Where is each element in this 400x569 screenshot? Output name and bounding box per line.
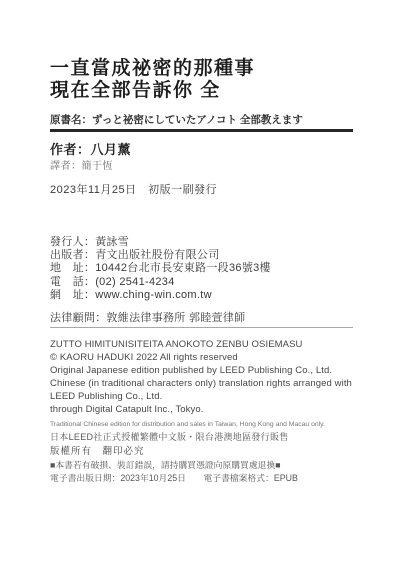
divider-thick xyxy=(50,129,353,132)
copyright-original-edition-line: Original Japanese edition published by L… xyxy=(50,364,362,377)
phone-line: 電 話：(02) 2541-4234 xyxy=(50,276,362,289)
book-title-line2: 現在全部告訴你 全 xyxy=(50,80,362,102)
book-title: 一直當成祕密的那種事 現在全部告訴你 全 xyxy=(50,58,362,102)
distribution-notice-en: Traditional Chinese edition for distribu… xyxy=(50,421,362,428)
edition-date-line: 2023年11月25日 初版一刷發行 xyxy=(50,181,362,197)
copyright-holder-line: © KAORU HADUKI 2022 All rights reserved xyxy=(50,351,362,364)
copyright-block: ZUTTO HIMITUNISITEITA ANOKOTO ZENBU OSIE… xyxy=(50,338,362,416)
divider-thin xyxy=(50,327,353,328)
translator-line: 譯者：簡于恆 xyxy=(50,157,362,172)
book-title-line1: 一直當成祕密的那種事 xyxy=(50,58,362,80)
copyright-publisher-line: LEED Publishing Co., Ltd. xyxy=(50,390,362,403)
original-japanese-title: 原書名：ずっと祕密にしていたアノコト 全部教えます xyxy=(50,112,362,127)
copyright-romaji-title: ZUTTO HIMITUNISITEITA ANOKOTO ZENBU OSIE… xyxy=(50,338,362,351)
legal-advisor-line: 法律顧問：敦維法律事務所 郭睦萱律師 xyxy=(50,309,362,325)
rights-reserved-line: 版權所有 翻印必究 xyxy=(50,443,362,457)
issuer-line: 發行人：黃詠雪 xyxy=(50,236,362,249)
address-line: 地 址：10442台北市長安東路一段36號3樓 xyxy=(50,262,362,275)
publisher-info: 發行人：黃詠雪 出版者：青文出版社股份有限公司 地 址：10442台北市長安東路… xyxy=(50,236,362,302)
colophon-page: 一直當成祕密的那種事 現在全部告訴你 全 原書名：ずっと祕密にしていたアノコト … xyxy=(0,0,400,569)
author-line: 作者：八月薰 xyxy=(50,139,362,158)
ebook-publication-line: 電子書出版日期：2023年10月25日 電子書檔案格式：EPUB xyxy=(50,471,362,484)
website-line: 網 址：www.ching-win.com.tw xyxy=(50,289,362,302)
publisher-line: 出版者：青文出版社股份有限公司 xyxy=(50,249,362,262)
copyright-translation-rights-line: Chinese (in traditional characters only)… xyxy=(50,377,362,390)
damage-exchange-notice: ■本書若有破損、裝訂錯誤，請持購買憑證向原購買處退換■ xyxy=(50,458,362,471)
distribution-notice-zh: 日本LEED社正式授權繁體中文版・限台港澳地區發行販售 xyxy=(50,430,362,443)
copyright-agency-line: through Digital Catapult Inc., Tokyo. xyxy=(50,403,362,416)
